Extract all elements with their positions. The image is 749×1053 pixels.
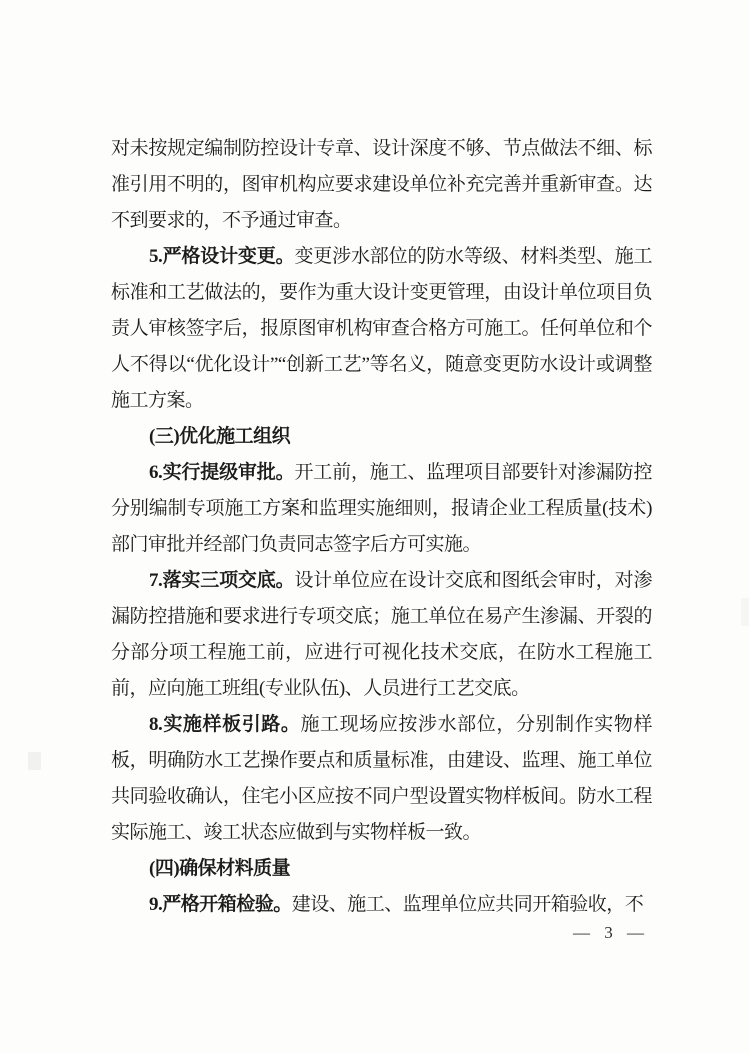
paragraph-9-text: 建设、施工、监理单位应共同开箱验收，不 <box>292 894 644 915</box>
paragraph-8-lead: 8.实施样板引路。 <box>149 714 300 735</box>
paragraph-9-lead: 9.严格开箱检验。 <box>149 894 292 915</box>
paragraph-5-text: 变更涉水部位的防水等级、材料类型、施工标准和工艺做法的，要作为重大设计变更管理，… <box>111 246 652 411</box>
paragraph-continuation: 对未按规定编制防控设计专章、设计深度不够、节点做法不细、标准引用不明的，图审机构… <box>111 131 652 239</box>
scan-artifact <box>741 598 749 626</box>
paragraph-5-lead: 5.严格设计变更。 <box>149 246 294 267</box>
paragraph-6-lead: 6.实行提级审批。 <box>149 462 294 483</box>
paragraph-item-8: 8.实施样板引路。施工现场应按涉水部位，分别制作实物样板，明确防水工艺操作要点和… <box>111 707 652 851</box>
document-body: 对未按规定编制防控设计专章、设计深度不够、节点做法不细、标准引用不明的，图审机构… <box>111 131 652 923</box>
paragraph-7-lead: 7.落实三项交底。 <box>149 570 294 591</box>
paragraph-item-7: 7.落实三项交底。设计单位应在设计交底和图纸会审时，对渗漏防控措施和要求进行专项… <box>111 563 652 707</box>
paragraph-item-6: 6.实行提级审批。开工前，施工、监理项目部要针对渗漏防控分别编制专项施工方案和监… <box>111 455 652 563</box>
paragraph-item-5: 5.严格设计变更。变更涉水部位的防水等级、材料类型、施工标准和工艺做法的，要作为… <box>111 239 652 419</box>
document-page: 对未按规定编制防控设计专章、设计深度不够、节点做法不细、标准引用不明的，图审机构… <box>0 0 749 1053</box>
paragraph-item-9: 9.严格开箱检验。建设、施工、监理单位应共同开箱验收，不 <box>111 887 652 923</box>
section-heading-four: (四)确保材料质量 <box>111 851 652 887</box>
page-number: — 3 — <box>573 923 649 943</box>
scan-artifact <box>28 752 41 770</box>
section-heading-three: (三)优化施工组织 <box>111 419 652 455</box>
